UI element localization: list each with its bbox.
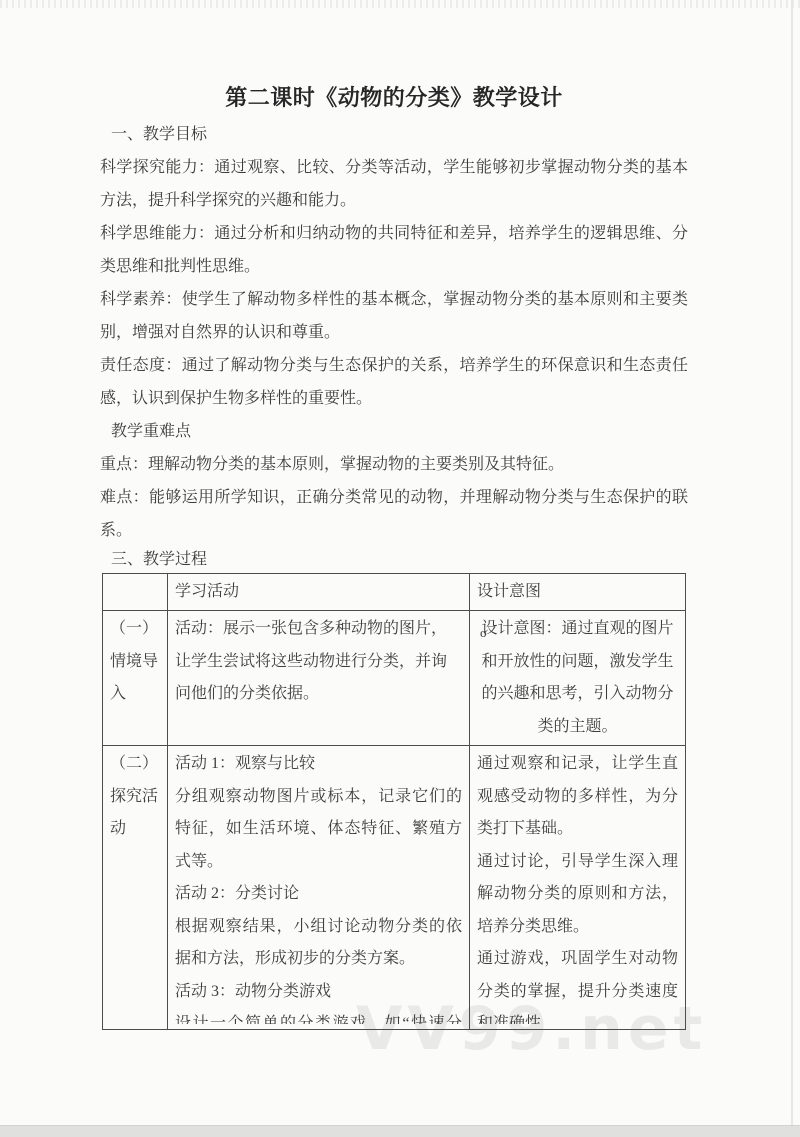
teaching-process-table: 学习活动 设计意图 （一）情境导入 活动：展示一张包含多种动物的图片，让学生尝试…	[102, 573, 686, 1030]
intent-cell-exploration: 通过观察和记录，让学生直观感受动物的多样性，为分类打下基础。 通过讨论，引导学生…	[470, 746, 686, 1030]
table-header-row: 学习活动 设计意图	[103, 574, 686, 611]
activity-2-title: 活动 2：分类讨论	[175, 878, 462, 911]
section-heading-key-points: 教学重难点	[100, 415, 688, 448]
paragraph-difficulty: 难点：能够运用所学知识，正确分类常见的动物，并理解动物分类与生态保护的联系。	[100, 481, 688, 547]
table-row-exploration: （二）探究活动 活动 1：观察与比较 分组观察动物图片或标本，记录它们的特征，如…	[103, 746, 686, 1030]
paragraph-responsibility: 责任态度：通过了解动物分类与生态保护的关系，培养学生的环保意识和生态责任感，认识…	[100, 349, 688, 415]
table-header-activity: 学习活动	[168, 574, 470, 611]
paragraph-inquiry-ability: 科学探究能力：通过观察、比较、分类等活动，学生能够初步掌握动物分类的基本方法，提…	[100, 151, 688, 217]
scan-edge-top	[0, 0, 800, 8]
activity-1-title: 活动 1：观察与比较	[175, 748, 462, 781]
circle-bullet-icon: o	[480, 618, 487, 648]
stage-cell-intro: （一）情境导入	[103, 611, 168, 746]
activity-2-desc: 根据观察结果，小组讨论动物分类的依据和方法，形成初步的分类方案。	[175, 911, 462, 976]
activity-cell-intro: 活动：展示一张包含多种动物的图片，让学生尝试将这些动物进行分类，并询问他们的分类…	[168, 611, 470, 746]
intent-text-intro: 设计意图：通过直观的图片和开放性的问题，激发学生的兴趣和思考，引入动物分类的主题…	[477, 613, 678, 743]
scan-edge-right	[791, 0, 793, 1137]
section-heading-objectives: 一、教学目标	[100, 118, 688, 151]
activity-3-desc: 设计一个简单的分类游戏，如“快速分类”，让学生在限定时间内将动物卡片分	[175, 1008, 462, 1024]
activity-3-title: 活动 3：动物分类游戏	[175, 976, 462, 1009]
activity-1-desc: 分组观察动物图片或标本，记录它们的特征，如生活环境、体态特征、繁殖方式等。	[175, 781, 462, 879]
document-title: 第二课时《动物的分类》教学设计	[100, 78, 688, 118]
scan-edge-bottom	[0, 1125, 800, 1137]
paragraph-science-literacy: 科学素养：使学生了解动物多样性的基本概念，掌握动物分类的基本原则和主要类别，增强…	[100, 283, 688, 349]
paragraph-key-point: 重点：理解动物分类的基本原则，掌握动物的主要类别及其特征。	[100, 448, 688, 481]
table-header-intent: 设计意图	[470, 574, 686, 611]
stage-cell-exploration: （二）探究活动	[103, 746, 168, 1030]
document-page: 第二课时《动物的分类》教学设计 一、教学目标 科学探究能力：通过观察、比较、分类…	[100, 78, 688, 1030]
intent-text-observe: 通过观察和记录，让学生直观感受动物的多样性，为分类打下基础。	[477, 748, 678, 846]
table-header-stage	[103, 574, 168, 611]
paragraph-thinking-ability: 科学思维能力：通过分析和归纳动物的共同特征和差异，培养学生的逻辑思维、分类思维和…	[100, 217, 688, 283]
intent-content-exploration: 通过观察和记录，让学生直观感受动物的多样性，为分类打下基础。 通过讨论，引导学生…	[477, 748, 678, 1024]
activity-content-exploration: 活动 1：观察与比较 分组观察动物图片或标本，记录它们的特征，如生活环境、体态特…	[175, 748, 462, 1024]
table-row-intro: （一）情境导入 活动：展示一张包含多种动物的图片，让学生尝试将这些动物进行分类，…	[103, 611, 686, 746]
intent-text-game: 通过游戏，巩固学生对动物分类的掌握，提升分类速度和准确性。	[477, 943, 678, 1024]
intent-text-discuss: 通过讨论，引导学生深入理解动物分类的原则和方法，培养分类思维。	[477, 846, 678, 944]
activity-cell-exploration: 活动 1：观察与比较 分组观察动物图片或标本，记录它们的特征，如生活环境、体态特…	[168, 746, 470, 1030]
section-heading-process: 三、教学过程	[100, 547, 688, 573]
intent-cell-intro: o 设计意图：通过直观的图片和开放性的问题，激发学生的兴趣和思考，引入动物分类的…	[470, 611, 686, 746]
